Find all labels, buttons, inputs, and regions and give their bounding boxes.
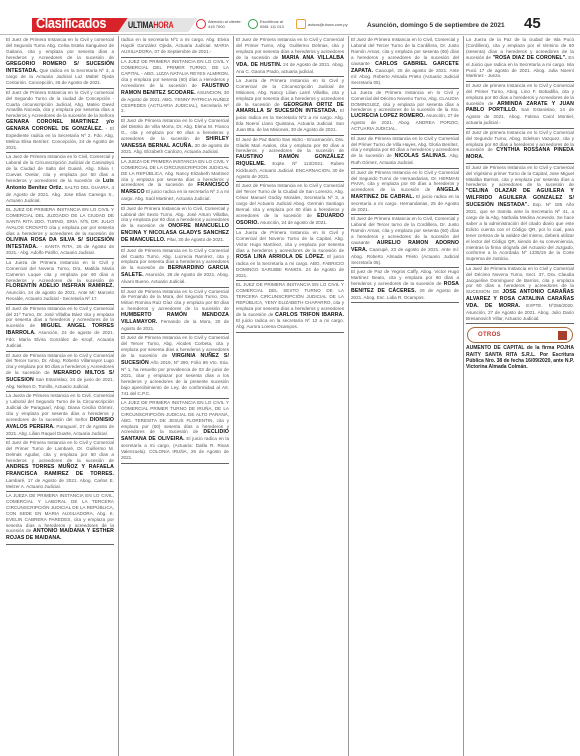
notice-text: El Juez de Paz Barrio San Isidro - Encar… [236, 137, 344, 154]
legal-notice: El Juez de Primera Instancia en lo Civil… [6, 439, 114, 492]
notice-text: La Jueza de Primera Instancia en lo Civi… [6, 260, 114, 283]
notice-text: La Juez de Primera Instancia en lo Civil… [6, 154, 114, 183]
legal-notice: La Jueza de Primera Instancia en lo Civi… [236, 77, 344, 136]
legal-notice: La Jueza de Primera Instancia en lo Civi… [6, 259, 114, 305]
contact-phone: Atención al cliente:415 7000 [196, 19, 242, 29]
legal-notice: El Juez de Primera Instancia en lo Civil… [351, 135, 459, 169]
legal-notice: El Juez de Primera Instancia en lo Civil… [466, 164, 574, 265]
notice-text: El Juez de Primera Instancia en lo Civil… [6, 37, 114, 60]
notice-text: EL JUEZ DE PRIMERA INSTANCIA EN LO CIVIL… [6, 207, 114, 236]
page-number: 45 [524, 15, 541, 32]
legal-notice: LA JUEZA DE PRIMERA INSTANCIA EN LO CIVI… [6, 492, 114, 545]
legal-notice: El Juez de primera Instancia en lo Civil… [466, 129, 574, 164]
notice-subject: FLORENTIN ADELIO INSFRAN RAMIREZ. [6, 283, 114, 289]
notice-subject: ANDRES TORRES MUÑOZ Y RAFAELA FRANCISCA … [6, 464, 114, 477]
notice-text: El Juez de Primera Instancia en lo Civil… [466, 165, 574, 188]
notice-text: La Jueza de Primera Instancia en lo Civi… [351, 90, 459, 113]
column-4: El Juez de Primera Instancia en lo Civil… [348, 36, 461, 756]
page-header: Clasificados ULTIMAHORA Atención al clie… [0, 0, 580, 34]
legal-notice: La Jueza de Primera Instancia en lo Civi… [351, 89, 459, 135]
legal-notice: El juez de Paz de Yegros Caffy, Abog. Vi… [351, 268, 459, 303]
legal-notice: La Juez de Primera Instancia en lo Civil… [466, 265, 574, 325]
legal-notice: LA JUEZ DE PRIMERA INSTANCIA EN LO CIVIL… [121, 58, 229, 117]
notice-text: LA JUEZA DE PRIMERA INSTANCIA EN LO CIVI… [6, 493, 114, 533]
legal-notice: radica en la secretaría Nº1 a mi cargo. … [121, 36, 229, 58]
legal-notice: EL JUEZ DE PRIMERA INSTANCIA EN LO CIVIL… [236, 281, 344, 333]
otros-notice: AUMENTO DE CAPITAL de la firma POJHA RAI… [466, 345, 574, 370]
contact-whatsapp: Escríbinos al0981 111 013 [248, 19, 284, 29]
notice-subject: GENARA CORONEL MARTINEZ y/o GENARA CORON… [6, 119, 114, 132]
legal-notice: La Juez de Primera Instancia en lo Civil… [6, 153, 114, 206]
legal-notice: El Juez de Paz Barrio San Isidro - Encar… [236, 136, 344, 183]
notice-columns: El Juez de Primera Instancia en lo Civil… [4, 36, 576, 756]
header-divider [0, 34, 580, 35]
legal-notice: La Jueza de la Paz de la ciudad de Isla … [466, 36, 574, 82]
legal-notice: El Juez de primera Instancia en lo Civil… [466, 82, 574, 129]
legal-notice: El Juez de Primera Instancia en lo Civil… [121, 205, 229, 247]
legal-notice: El Juez de Primera Instancia en lo Civil… [6, 352, 114, 393]
column-1: El Juez de Primera Instancia en lo Civil… [4, 36, 116, 756]
legal-notice: EL JUEZ DE PRIMERA INSTANCIA EN LO CIVIL… [6, 206, 114, 259]
section-title: Clasificados [36, 15, 106, 32]
legal-notice: El Juez de Primera Instancia en lo Civil… [121, 117, 229, 158]
otros-label: OTROS [478, 332, 501, 338]
legal-notice: El Juez de Primera Instancia en lo Civil… [121, 247, 229, 288]
notice-details: Asunción, 24 de agosto de 2021. Ante Mí:… [6, 290, 114, 301]
otros-section-header: OTROS [467, 327, 573, 343]
legal-notice: El Juez de Primera Instancia en lo Civil… [6, 305, 114, 352]
legal-notice: El Juez de Primera Instancia en lo Civil… [351, 36, 459, 89]
legal-notice: El Juez de Primera Instancia en lo Civil… [351, 169, 459, 216]
legal-notice: El Juez de Primera Instancia en lo Civil… [121, 334, 229, 399]
brand-part1: ULTIMA [128, 20, 153, 30]
notice-details: Exp. Nº 185 Año 2021, que se tramita ant… [466, 202, 574, 261]
legal-notice: El Juez de Primera Instancia en lo Civil… [6, 89, 114, 154]
notice-details: Caacupé, 23 de agosto de 2021. Ante mí: … [351, 247, 459, 265]
column-5: La Jueza de la Paz de la ciudad de Isla … [463, 36, 576, 756]
legal-notice: La Jueza de Primera Instancia en lo Civi… [6, 392, 114, 439]
legal-notice: LA JUEZA DE PRIMERA INSTANCIA EN LO CIVI… [121, 158, 229, 205]
notice-details: Lambaré, 17 de Agosto de 2021. Abog. Car… [6, 478, 114, 489]
whatsapp-icon [248, 19, 258, 29]
notice-details: El juicio radica en la secretaría Nº 12 … [236, 318, 344, 329]
brand-logo: ULTIMAHORA [128, 20, 173, 30]
notice-subject: "ROSA DIAZ DE CORONEL". [493, 55, 567, 61]
legal-notice: La Jueza de Primera Instancia en lo Civi… [236, 229, 344, 281]
notice-text: El Juez de Primera Instancia en lo Civil… [121, 289, 229, 312]
phone-icon [196, 19, 206, 29]
notice-text: El Juez de Primera Instancia en lo Civil… [6, 440, 114, 463]
notice-subject: LUCRECIA LOPEZ ROMERO. [351, 113, 425, 119]
brand-part2: HORA [153, 20, 173, 30]
notice-text: radica en la secretaría Nº1 a mi cargo. … [121, 37, 229, 54]
notice-subject: ROSA LINA ARRIOLA DE LÓPEZ. [236, 254, 325, 260]
email-address: avisos@uhora.com.py [308, 22, 348, 27]
notice-subject: NICOLAS SALINAS. [395, 153, 447, 159]
mail-icon [296, 19, 306, 29]
whatsapp-number: 0981 111 013 [260, 24, 284, 29]
phone-number: 415 7000 [208, 24, 225, 29]
notice-text: El Juez de Primera Instancia en lo Civil… [6, 90, 114, 119]
legal-notice: El Juez de Primera Instancia en lo Civil… [6, 36, 114, 89]
notice-details: Asunción, 24 de agosto de 2021. [260, 220, 327, 225]
notice-text: La Jueza de Primera Instancia en lo Civi… [236, 230, 344, 253]
contact-email: avisos@uhora.com.py [296, 19, 348, 29]
issue-date: Asunción, domingo 5 de septiembre de 202… [367, 22, 505, 29]
legal-notice: El Juez de Primera Instancia en lo Civil… [121, 288, 229, 335]
legal-notice: El Juez de Primera Instancia en lo Civil… [351, 215, 459, 268]
notice-subject: CARLOS TRIFON IBARRA. [275, 312, 344, 318]
legal-notice: LA JUEZ DE PRIMERA INSTANCIA EN LO CIVIL… [121, 399, 229, 464]
legal-notice: El Juez de Primera Instancia en lo Civil… [236, 182, 344, 229]
section-icon [558, 331, 567, 340]
column-2: radica en la secretaría Nº1 a mi cargo. … [118, 36, 231, 756]
legal-notice: El Juez de Primera Instancia en lo Civil… [236, 36, 344, 77]
column-3: El Juez de Primera Instancia en lo Civil… [233, 36, 346, 756]
notice-details: Pilar, 30 de Agosto de 2021. [167, 237, 224, 242]
